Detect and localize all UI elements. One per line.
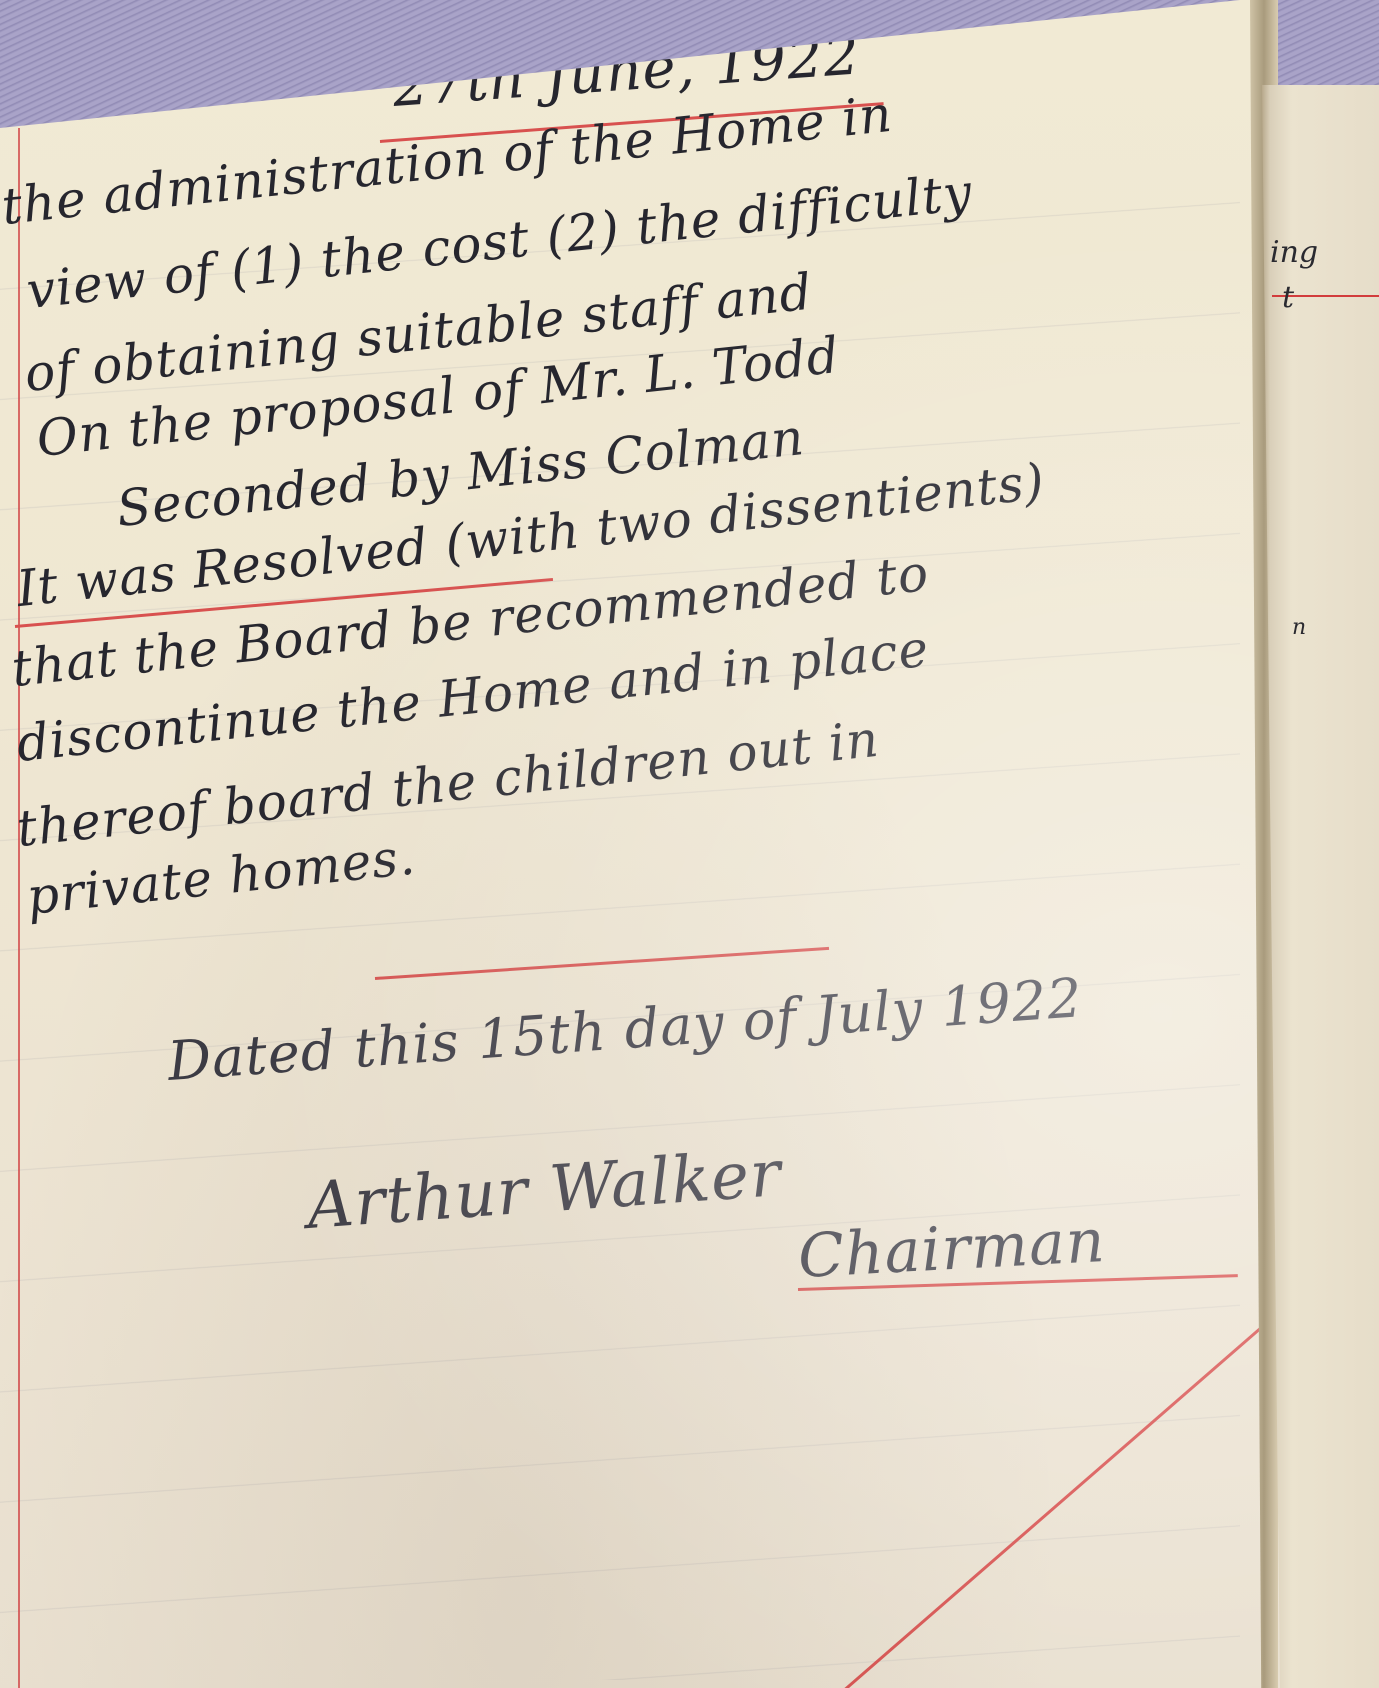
ledger-page: 27th June, 1922 the administration of th…: [0, 0, 1290, 1688]
adjacent-page: ing t n: [1262, 85, 1379, 1688]
adjacent-fragment-2: t: [1282, 280, 1294, 315]
adjacent-fragment-3: n: [1292, 615, 1306, 640]
adjacent-fragment-1: ing: [1270, 235, 1318, 270]
margin-rule: [18, 128, 20, 1688]
